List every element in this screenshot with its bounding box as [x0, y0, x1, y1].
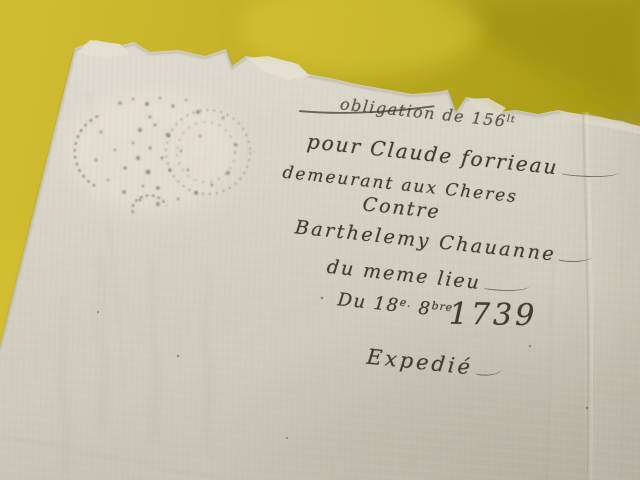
expedie-text: Expedié [366, 345, 475, 380]
handwriting-year: 1739 [449, 297, 538, 334]
same-place-text: du meme lieu [326, 256, 482, 294]
pen-flourish [561, 164, 620, 181]
pen-flourish [483, 279, 530, 294]
photo-of-manuscript: obligation de 156lt pour Claude forrieau… [0, 0, 640, 480]
pen-flourish [475, 363, 502, 377]
handwriting: obligation de 156lt pour Claude forrieau… [268, 84, 639, 428]
date-day-text: Du 18 [337, 289, 401, 316]
handwriting-line-date: Du 18e. 8bre [337, 289, 454, 322]
handwriting-expedie: Expedié [366, 345, 503, 383]
year-text: 1739 [449, 297, 538, 334]
pen-flourish [558, 251, 593, 265]
date-month-text: 8 [410, 297, 432, 320]
livres-superscript: lt [506, 114, 516, 126]
